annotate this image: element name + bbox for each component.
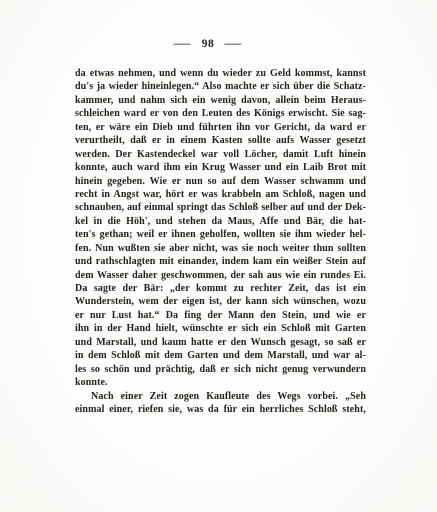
text-line: einmal einer, riefen sie, was da für ein… <box>75 403 366 416</box>
header-dash-left: — <box>174 36 192 51</box>
text-line: und rathschlagten mit einander, indem ka… <box>75 255 366 268</box>
text-line: da etwas nehmen, und wenn du wieder zu G… <box>75 67 366 80</box>
text-line: ten's gethan; weil er ihnen geholfen, wo… <box>75 228 366 241</box>
text-line: dem Wasser daher geschwommen, der sah au… <box>75 269 366 282</box>
text-line: und Marstall, und kaum hatte er den Wuns… <box>75 336 366 349</box>
text-line: konnte, auch ward ihm ein Krug Wasser un… <box>75 161 366 174</box>
text-line: les so schön und prächtig, daß er sich n… <box>75 363 366 376</box>
text-line: in dem Schloß mit dem Garten und dem Mar… <box>75 349 366 362</box>
text-line: recht in Angst war, hört er was krabbeln… <box>75 188 366 201</box>
text-line: Da sagte der Bär: „der kommt zu rechter … <box>75 282 366 295</box>
text-line: verurtheilt, daß er in einem Kasten soll… <box>75 134 366 147</box>
text-line: kammer, und nahm sich ein wenig davon, a… <box>75 94 366 107</box>
text-line: Wunderstein, wem der eigen ist, der kann… <box>75 295 366 308</box>
header-dash-right: — <box>225 36 243 51</box>
page-header: —98— <box>63 36 353 51</box>
text-line: Nach einer Zeit zogen Kaufleute des Wegs… <box>75 390 366 403</box>
page-text: da etwas nehmen, und wenn du wieder zu G… <box>75 67 366 416</box>
text-line: schnauben, auf einmal springt das Schloß… <box>75 201 366 214</box>
text-line: ihn in der Hand hielt, wünschte er sich … <box>75 322 366 335</box>
text-line: werden. Der Kastendeckel war voll Löcher… <box>75 148 366 161</box>
text-line: konnte. <box>75 376 366 389</box>
text-line: du's ja wieder hineinlegen.“ Also machte… <box>75 80 366 93</box>
page-number: 98 <box>202 38 215 50</box>
text-line: ten, er wäre ein Dieb und führten ihn vo… <box>75 121 366 134</box>
text-line: er nur Lust hat.“ Da fing der Mann den S… <box>75 309 366 322</box>
book-page: —98— da etwas nehmen, und wenn du wieder… <box>0 0 437 512</box>
text-line: hinein gegeben. Wie er nun so auf dem Wa… <box>75 175 366 188</box>
text-line: schleichen ward er von den Leuten des Kö… <box>75 107 366 120</box>
text-line: fen. Nun wußten sie aber nicht, was sie … <box>75 242 366 255</box>
text-line: kel in die Höh', und stehen da Maus, Aff… <box>75 215 366 228</box>
